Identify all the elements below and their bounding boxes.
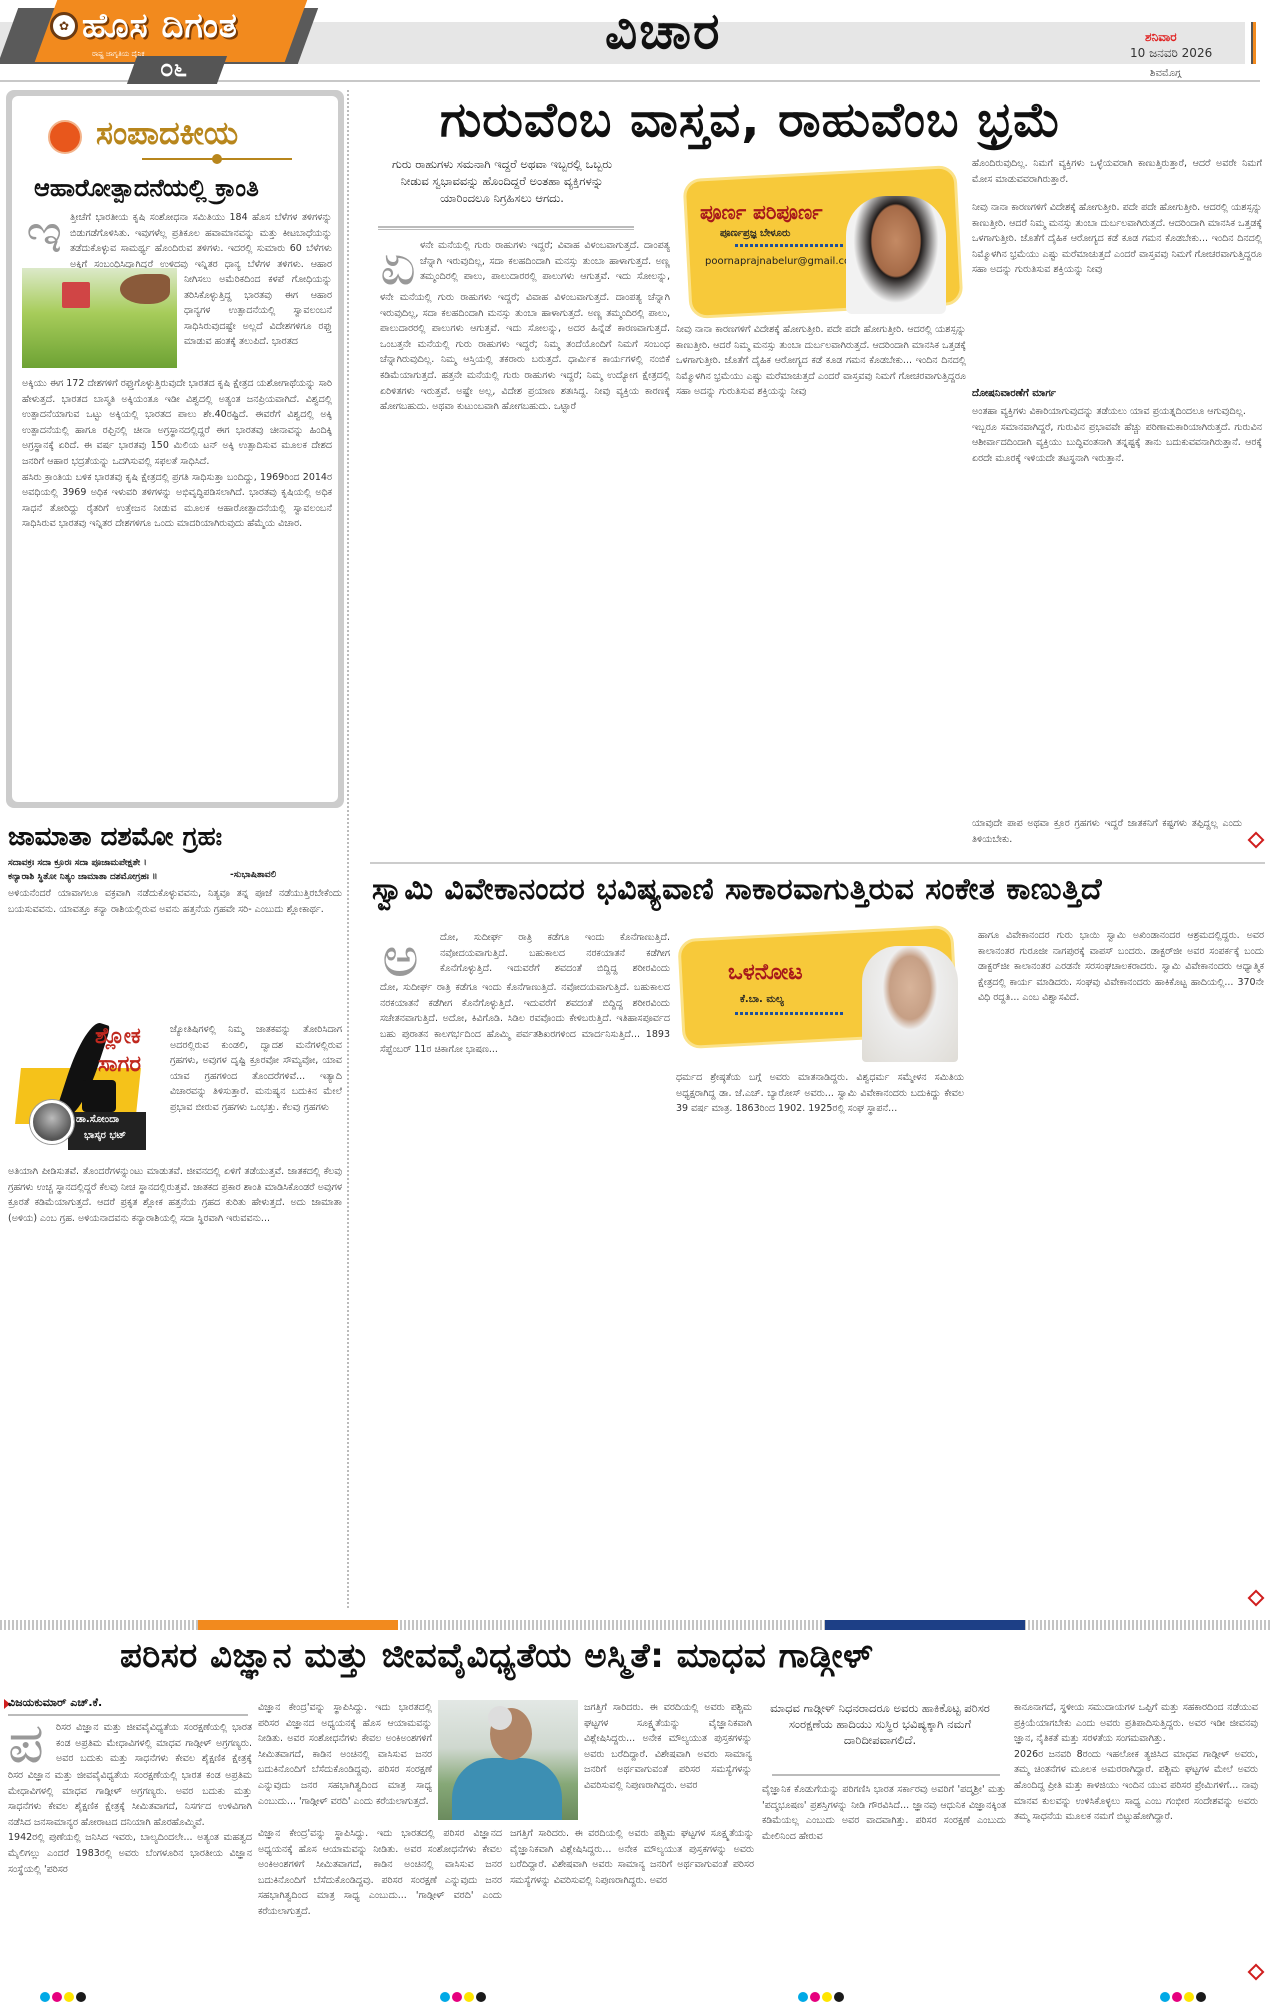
editorial-box: ಸಂಪಾದಕೀಯ ಆಹಾರೋತ್ಪಾದನೆಯಲ್ಲಿ ಕ್ರಾಂತಿ ಇ ತ್ತ… xyxy=(6,90,344,808)
article-col2: ಧರ್ಮದ ಶ್ರೇಷ್ಠತೆಯ ಬಗ್ಗೆ ಅವರು ಮಾತನಾಡಿದ್ದರು… xyxy=(676,1070,964,1608)
article-dropcap: ಅ xyxy=(382,930,419,986)
article-col4: ವೈಜ್ಞಾನಿಕ ಕೊಡುಗೆಯನ್ನು ಪರಿಗಣಿಸಿ ಭಾರತ ಸರ್ಕ… xyxy=(762,1782,1006,1986)
author-photo xyxy=(846,196,946,314)
strip-blue-accent xyxy=(825,1620,1025,1630)
tractor-graphic xyxy=(62,282,90,308)
section-rule xyxy=(370,862,1265,865)
article-col1-top: ದೋ, ಸುದೀರ್ಘ ರಾತ್ರಿ ಕಡೆಗೂ ಇಂದು ಕೊನೆಗಾಣುತ್… xyxy=(440,930,670,976)
article-col3-top: ಹೊಂದಿರುವುದಿಲ್ಲ. ನಿಮಗೆ ವ್ಯಕ್ತಿಗಳು ಒಳ್ಳೆಯವ… xyxy=(972,156,1262,196)
article-col1: ದೋ, ಸುದೀರ್ಘ ರಾತ್ರಿ ಕಡೆಗೂ ಇಂದು ಕೊನೆಗಾಣುತ್… xyxy=(380,980,670,1608)
article-col3-end: ಯಾವುದೇ ಪಾಪ ಅಥವಾ ಕ್ರೂರ ಗ್ರಹಗಳು ಇದ್ದರೆ ಜಾತ… xyxy=(972,816,1242,850)
ornament-dot-icon xyxy=(212,154,222,164)
article-col2-top: ವಿಜ್ಞಾನ ಕೇಂದ್ರ'ವನ್ನು ಸ್ಥಾಪಿಸಿದ್ದು. ಇದು ಭ… xyxy=(258,1700,432,1824)
section-title: ವಿಚಾರ xyxy=(605,2,722,61)
issue-day: ಶನಿವಾರ xyxy=(1145,30,1177,45)
editorial-title: ಆಹಾರೋತ್ಪಾದನೆಯಲ್ಲಿ ಕ್ರಾಂತಿ xyxy=(34,174,259,202)
article-deck: ಗುರು ರಾಹುಗಳು ಸಮನಾಗಿ ಇದ್ದರೆ ಅಥವಾ ಇಬ್ಬರಲ್ಲ… xyxy=(378,156,626,207)
pull-quote-rule xyxy=(772,1774,1000,1777)
article-subhead: ದೋಷನಿವಾರಣೆಗೆ ಮಾರ್ಗ xyxy=(972,388,1056,399)
page-number: ೦೬ xyxy=(160,54,187,82)
article-dropcap: ಏ xyxy=(380,238,416,294)
article-col5: ಕಾನೂನಾಗದೆ, ಸ್ಥಳೀಯ ಸಮುದಾಯಗಳ ಒಪ್ಪಿಗೆ ಮತ್ತು… xyxy=(1014,1700,1258,1986)
dotted-divider xyxy=(735,244,845,247)
shloka-body: ಅತಿಯಾಗಿ ಪೀಡಿಸುತವೆ. ತೊಂದರೆಗಳನ್ನುಂಟು ಮಾಡುತ… xyxy=(8,1164,342,1616)
article-col1: ಳನೇ ಮನೆಯಲ್ಲಿ ಗುರು ರಾಹುಗಳು ಇದ್ದರೆ; ವಿವಾಹ … xyxy=(380,290,670,856)
editorial-lead: ತ್ತೀಚೆಗೆ ಭಾರತೀಯ ಕೃಷಿ ಸಂಶೋಧನಾ ಸಮಿತಿಯು 184… xyxy=(70,210,332,272)
byline-rule xyxy=(8,1714,248,1716)
author-avatar xyxy=(30,1100,74,1144)
article-headline: ಗುರುವೆಂಬ ವಾಸ್ತವ, ರಾಹುವೆಂಬ ಭ್ರಮೆ xyxy=(440,92,1062,149)
author-name-line-1: ಡಾ.ಸೋಂದಾ xyxy=(76,1114,119,1125)
cmyk-registration-mark xyxy=(1160,1992,1206,2002)
article-col3: ಹಾಗೂ ವಿವೇಕಾನಂದರ ಗುರು ಭಾಯಿ ಸ್ವಾಮಿ ಅಖಿಂಡಾನ… xyxy=(978,928,1264,1590)
inkpot-icon xyxy=(82,1080,116,1112)
editorial-logo-icon xyxy=(48,120,82,154)
photo-shirt xyxy=(452,1758,562,1820)
cmyk-registration-mark xyxy=(40,1992,86,2002)
shloka-title: ಜಾಮಾತಾ ದಶಮೋ ಗ್ರಹಃ xyxy=(8,822,222,853)
column-logo-line-1: ಶ್ಲೋಕ xyxy=(95,1024,141,1049)
author-photo xyxy=(862,946,958,1062)
end-mark-icon xyxy=(1248,1590,1265,1607)
shloka-source: -ಸುಭಾಷಿತಾವಲಿ xyxy=(230,870,276,880)
article-col2: ವಿಜ್ಞಾನ ಕೇಂದ್ರ'ವನ್ನು ಸ್ಥಾಪಿಸಿದ್ದು. ಇದು ಭ… xyxy=(258,1826,502,1986)
editorial-header: ಸಂಪಾದಕೀಯ xyxy=(96,114,238,153)
article-col3: ಜಗತ್ತಿಗೆ ಸಾರಿದರು. ಈ ವರದಿಯಲ್ಲಿ ಅವರು ಪಶ್ಚಿ… xyxy=(510,1826,754,1986)
column-author: ಪೂರ್ಣಪ್ರಜ್ಞ ಬೇಳೂರು xyxy=(720,228,790,239)
cmyk-registration-mark xyxy=(440,1992,486,2002)
column-name: ಒಳನೋಟ xyxy=(728,960,803,985)
photo-hair xyxy=(488,1706,512,1730)
article-headline: ಸ್ವಾಮಿ ವಿವೇಕಾನಂದರ ಭವಿಷ್ಯವಾಣಿ ಸಾಕಾರವಾಗುತ್… xyxy=(372,872,1102,907)
newspaper-brand: ಹೊಸ ದಿಗಂತ xyxy=(82,6,238,46)
dotted-divider xyxy=(735,1012,845,1015)
article-col3-top: ಜಗತ್ತಿಗೆ ಸಾರಿದರು. ಈ ವರದಿಯಲ್ಲಿ ಅವರು ಪಶ್ಚಿ… xyxy=(584,1700,752,1824)
column-divider xyxy=(347,90,349,1610)
article-dropcap: ಪ xyxy=(8,1716,44,1772)
hand-graphic xyxy=(120,274,170,304)
author-email: poornaprajnabelur@gmail.com xyxy=(705,256,860,267)
strip-orange-accent xyxy=(198,1620,398,1630)
section-strip xyxy=(0,1620,1270,1630)
article-byline: ವಿಜಯಕುಮಾರ್ ಎಚ್.ಕೆ. xyxy=(8,1696,102,1710)
article-col3-body: ನೀವು ನಾನಾ ಕಾರಣಗಳಿಗೆ ವಿದೇಶಕ್ಕೆ ಹೋಗುತ್ತೀರಿ… xyxy=(972,200,1262,386)
shloka-wrap-text: ಜ್ಯೋತಿಷಿಗಳಲ್ಲಿ ನಿಮ್ಮ ಜಾತಕವನ್ನು ತೋರಿಸಿದಾಗ… xyxy=(170,1022,342,1160)
end-mark-icon xyxy=(1248,832,1265,849)
article-col2: ನೀವು ನಾನಾ ಕಾರಣಗಳಿಗೆ ವಿದೇಶಕ್ಕೆ ಹೋಗುತ್ತೀರಿ… xyxy=(676,322,966,856)
shloka-intro: ಅಳಿಯನೆಂದರೆ ಯಾವಾಗಲೂ ವಕ್ರವಾಗಿ ನಡೆದುಕೊಳ್ಳುವ… xyxy=(8,886,342,1016)
article-col1-top: ಳನೇ ಮನೆಯಲ್ಲಿ ಗುರು ರಾಹುಗಳು ಇದ್ದರೆ; ವಿವಾಹ … xyxy=(420,238,670,286)
verse-line-1: ಸದಾವಕ್ರಃ ಸದಾ ಕ್ರೂರಃ ಸದಾ ಪೂಜಾಮಪೇಕ್ಷತೇ । xyxy=(8,856,158,870)
masthead-accent-tick xyxy=(1251,22,1256,64)
brand-logo-icon: ✿ xyxy=(50,12,78,40)
edition-city: ಶಿವಮೊಗ್ಗ xyxy=(1150,68,1181,79)
article-col1-top: ರಿಸರ ವಿಜ್ಞಾನ ಮತ್ತು ಜೀವವೈವಿಧ್ಯತೆಯ ಸಂರಕ್ಷಣ… xyxy=(56,1720,252,1766)
verse-line-2: ಕನ್ಯಾರಾಶಿ ಸ್ಥಿತೋ ನಿತ್ಯಂ ಜಾಮಾತಾ ದಶಮೋಗ್ರಹಃ… xyxy=(8,870,158,884)
editorial-photo xyxy=(22,268,177,368)
editorial-body: ಅಕ್ಕಿಯು ಈಗ 172 ದೇಶಗಳಿಗೆ ರಫ್ತುಗೊಳ್ಳುತ್ತಿರ… xyxy=(22,376,332,796)
madhav-gadgil-photo xyxy=(438,1700,578,1820)
editorial-dropcap: ಇ xyxy=(26,206,62,262)
article-col1: ರಿಸರ ವಿಜ್ಞಾನ ಮತ್ತು ಜೀವವೈವಿಧ್ಯತೆಯ ಸಂರಕ್ಷಣ… xyxy=(8,1768,252,1986)
issue-date: 10 ಜನವರಿ 2026 xyxy=(1130,46,1212,61)
column-name: ಪೂರ್ಣ ಪರಿಪೂರ್ಣ xyxy=(700,200,823,224)
author-name-line-2: ಭಾಸ್ಕರ ಭಟ್ xyxy=(84,1130,126,1141)
article-col3-mid: ಅಂತಹಾ ವ್ಯಕ್ತಿಗಳು ವಿಕಾರಿಯಾಗುವುದನ್ನು ತಡೆಯಲ… xyxy=(972,404,1262,804)
editorial-wrap-text: ನೀಗಿಸಲು ಅಮೆರಿಕದಿಂದ ಕಳಪೆ ಗೋಧಿಯನ್ನು ತರಿಸಿಕ… xyxy=(184,272,332,370)
cmyk-registration-mark xyxy=(798,1992,844,2002)
column-logo-line-2: ಸಾಗರ xyxy=(98,1052,141,1077)
deck-rule xyxy=(378,226,634,230)
article-headline: ಪರಿಸರ ವಿಜ್ಞಾನ ಮತ್ತು ಜೀವವೈವಿಧ್ಯತೆಯ ಅಸ್ಮಿತ… xyxy=(120,1636,873,1676)
pull-quote: ಮಾಧವ ಗಾಡ್ಗೀಳ್ ನಿಧನರಾದರೂ ಅವರು ಹಾಕಿಕೊಟ್ಟ ಪ… xyxy=(760,1700,1000,1748)
column-author: ಕೆ.ಬಾ. ಮಲ್ಯ xyxy=(740,994,784,1005)
shloka-verse: ಸದಾವಕ್ರಃ ಸದಾ ಕ್ರೂರಃ ಸದಾ ಪೂಜಾಮಪೇಕ್ಷತೇ । ಕ… xyxy=(8,856,158,884)
